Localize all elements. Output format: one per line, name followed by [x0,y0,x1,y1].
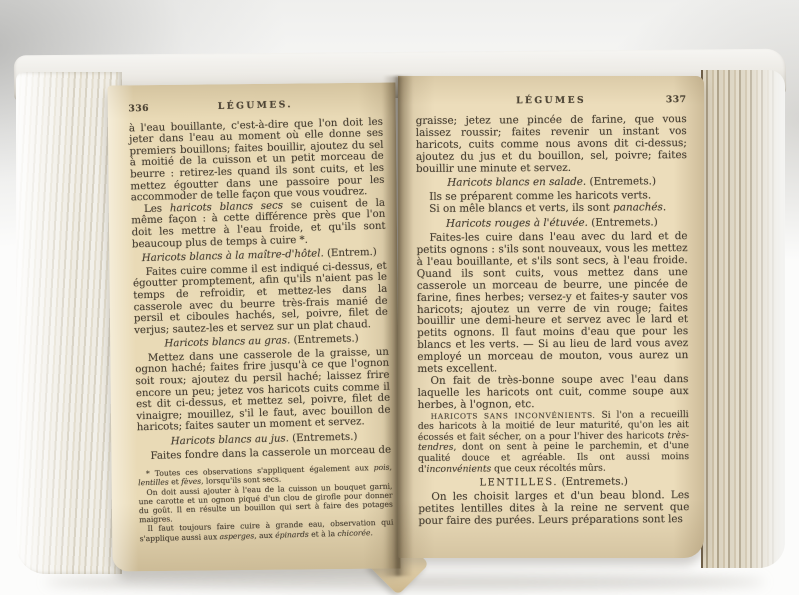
right-running-header: LÉGUMES 337 [415,94,686,108]
left-page-number: 336 [128,103,162,115]
body-paragraph: Les haricots blancs secs se cuisent de l… [131,197,386,250]
body-paragraph: Faites cuire comme il est indiqué ci-des… [133,260,389,336]
recipe-heading: Haricots blancs en salade. (Entremets.) [416,176,687,190]
right-running-title: LÉGUMES [449,94,652,107]
recipe-heading: LENTILLES. (Entremets.) [418,476,689,490]
right-page-stack-edge [701,70,785,568]
body-paragraph: Si on mêle blancs et verts, ils sont pan… [416,202,687,216]
left-page-stack-edge [16,72,122,574]
right-page-content: LÉGUMES 337 graisse; jetez une pincée de… [415,94,689,528]
body-paragraph: à l'eau bouillante, c'est-à-dire que l'o… [129,116,385,204]
left-page-content: 336 LÉGUMES. à l'eau bouillante, c'est-à… [128,97,393,543]
note-paragraph: Haricots sans inconvénients. Si l'on a r… [418,410,689,475]
header-spacer [348,105,382,106]
body-paragraph: graisse; jetez une pincée de farine, que… [416,114,687,175]
body-paragraph: On les choisit larges et d'un beau blond… [418,490,689,528]
body-paragraph: Faites-les cuire dans l'eau avec du lard… [416,231,688,376]
body-paragraph: Mettez dans une casserole de la graisse,… [135,347,391,435]
body-paragraph: On fait de très-bonne soupe avec l'eau d… [417,374,688,412]
right-page-number: 337 [652,94,686,106]
recipe-heading: Haricots rouges à l'étuvée. (Entremets.) [416,217,687,231]
footnotes: * Toutes ces observations s'appliquent é… [138,463,394,543]
